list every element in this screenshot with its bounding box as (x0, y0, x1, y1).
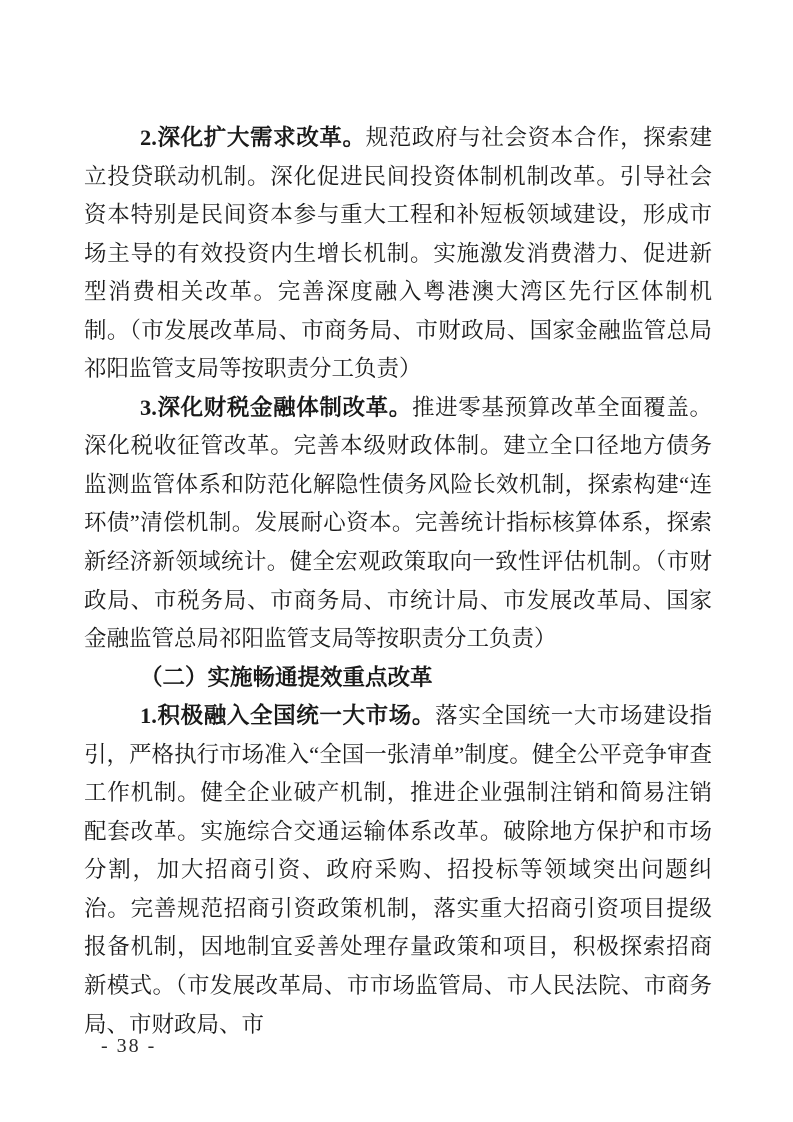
paragraph: 3.深化财税金融体制改革。推进零基预算改革全面覆盖。深化税收征管改革。完善本级财… (84, 389, 712, 659)
paragraph: 1.积极融入全国统一大市场。落实全国统一大市场建设指引，严格执行市场准入“全国一… (84, 697, 712, 1044)
paragraph-text: 落实全国统一大市场建设指引，严格执行市场准入“全国一张清单”制度。健全公平竞争审… (84, 703, 712, 1036)
paragraph-lead: 3.深化财税金融体制改革。 (140, 395, 412, 420)
page-number: - 38 - (101, 1035, 156, 1057)
section-heading: （二）实施畅通提效重点改革 (84, 659, 712, 698)
paragraph-lead: （二）实施畅通提效重点改革 (140, 665, 433, 690)
paragraph: 2.深化扩大需求改革。规范政府与社会资本合作，探索建立投贷联动机制。深化促进民间… (84, 119, 712, 389)
paragraph-text: 规范政府与社会资本合作，探索建立投贷联动机制。深化促进民间投资体制机制改革。引导… (84, 125, 712, 381)
paragraph-text: 推进零基预算改革全面覆盖。深化税收征管改革。完善本级财政体制。建立全口径地方债务… (84, 395, 712, 651)
document-page: 2.深化扩大需求改革。规范政府与社会资本合作，探索建立投贷联动机制。深化促进民间… (0, 0, 793, 1122)
page-footer: - 38 - (101, 1035, 156, 1057)
paragraph-lead: 2.深化扩大需求改革。 (140, 125, 366, 150)
paragraph-lead: 1.积极融入全国统一大市场。 (140, 703, 435, 728)
document-body: 2.深化扩大需求改革。规范政府与社会资本合作，探索建立投贷联动机制。深化促进民间… (84, 119, 712, 1044)
